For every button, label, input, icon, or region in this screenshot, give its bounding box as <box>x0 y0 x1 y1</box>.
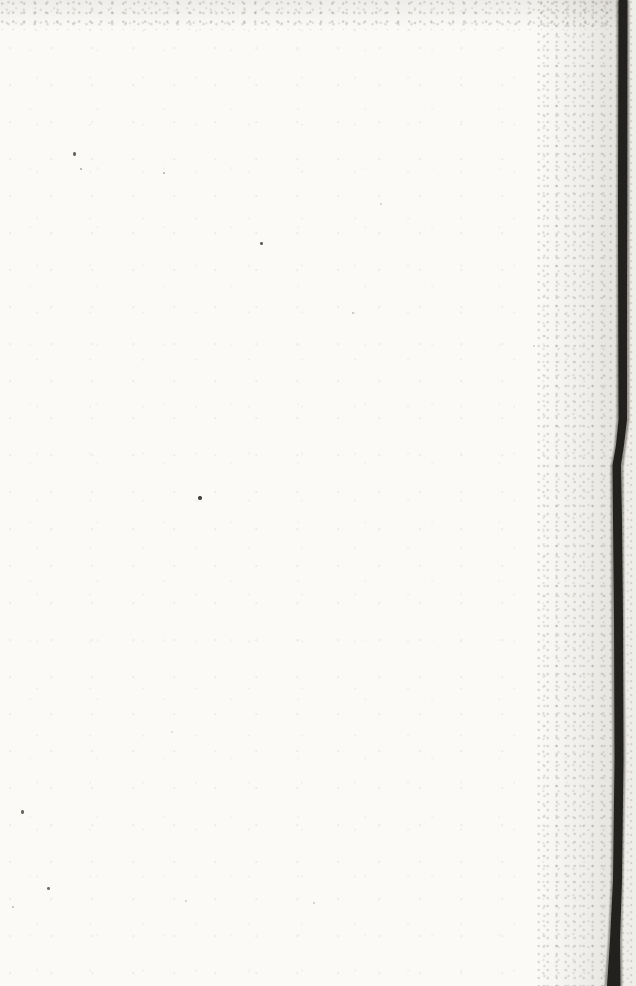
ink-speck <box>163 172 165 174</box>
gutter-shadow <box>536 0 622 986</box>
ink-speck <box>185 900 187 902</box>
scanned-page <box>0 0 636 986</box>
ink-speck <box>260 242 263 245</box>
ink-speck <box>171 731 173 733</box>
ink-speck <box>12 906 14 908</box>
ink-speck <box>313 902 315 904</box>
ink-speck <box>21 810 24 814</box>
ink-speck <box>73 152 76 156</box>
ink-speck <box>352 312 354 314</box>
ink-speck <box>80 168 82 170</box>
ink-speck <box>533 345 535 347</box>
ink-speck <box>380 203 382 205</box>
ink-speck <box>198 496 202 500</box>
ink-speck <box>47 887 50 890</box>
outer-page-edge <box>620 0 636 986</box>
